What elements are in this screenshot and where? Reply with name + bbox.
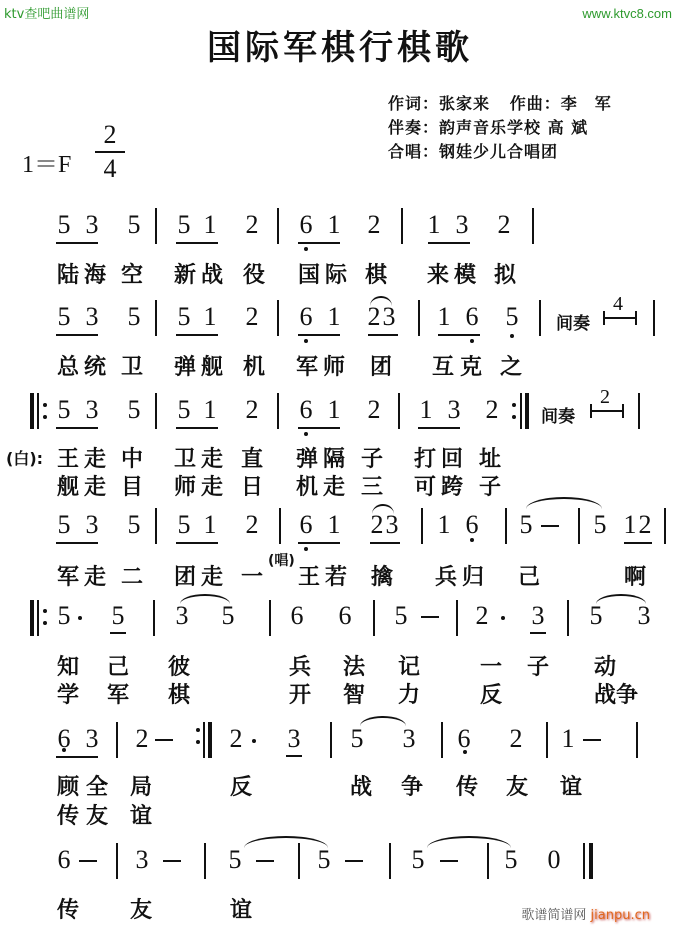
eighth-underline bbox=[176, 542, 218, 544]
eighth-underline bbox=[56, 242, 98, 244]
note: 5 bbox=[176, 512, 192, 538]
note: 1 bbox=[326, 304, 342, 330]
extension-dash bbox=[79, 860, 97, 862]
barline bbox=[269, 600, 271, 636]
repeat-start-thin bbox=[37, 393, 39, 429]
note: 2 bbox=[244, 512, 260, 538]
lyric: 走 bbox=[84, 560, 106, 591]
lyric: 智 bbox=[343, 678, 365, 709]
lyric: 互 bbox=[432, 350, 454, 381]
lyric: 顾 bbox=[57, 770, 79, 801]
low-octave-dot bbox=[304, 432, 308, 436]
note: 1 bbox=[560, 726, 576, 752]
barline bbox=[204, 843, 206, 879]
note: 2 bbox=[228, 726, 244, 752]
eighth-underline bbox=[418, 427, 460, 429]
tie bbox=[427, 836, 511, 848]
lyric: 卫 bbox=[121, 350, 143, 381]
note: 2 bbox=[134, 726, 150, 752]
note: 3 bbox=[446, 397, 462, 423]
note: 3 bbox=[174, 603, 190, 629]
repeat-end-thick bbox=[208, 722, 212, 758]
time-signature-top: 2 bbox=[95, 120, 125, 150]
lyric: 空 bbox=[121, 258, 143, 289]
barline bbox=[330, 722, 332, 758]
note: 6 bbox=[298, 304, 314, 330]
note: 2 bbox=[508, 726, 524, 752]
lyric: 一 bbox=[480, 650, 502, 681]
eighth-underline bbox=[56, 334, 98, 336]
note: 5 bbox=[410, 847, 426, 873]
extension-dash bbox=[256, 860, 274, 862]
repeat-dot bbox=[43, 403, 47, 407]
lyric: 址 bbox=[479, 442, 501, 473]
repeat-start-thick bbox=[30, 393, 34, 429]
note: 1 bbox=[202, 512, 218, 538]
eighth-underline bbox=[298, 542, 340, 544]
lyric: 走 bbox=[84, 442, 106, 473]
lyric: 力 bbox=[398, 678, 420, 709]
barline bbox=[155, 508, 157, 544]
lyric: 谊 bbox=[130, 799, 152, 830]
lyric: 走 bbox=[323, 470, 345, 501]
note: 5 bbox=[227, 847, 243, 873]
note: 2 bbox=[244, 212, 260, 238]
lyric: 隔 bbox=[323, 442, 345, 473]
lyric: 团 bbox=[174, 560, 196, 591]
note: 2 bbox=[366, 397, 382, 423]
lyric: 战争 bbox=[594, 678, 638, 709]
chorus: 合唱：钢娃少儿合唱团 bbox=[388, 140, 612, 164]
lyric: 反 bbox=[480, 678, 502, 709]
note: 3 bbox=[384, 512, 400, 538]
lyric: 舰 bbox=[57, 470, 79, 501]
note: 5 bbox=[56, 212, 72, 238]
extension-dash bbox=[155, 739, 173, 741]
note: 3 bbox=[401, 726, 417, 752]
repeat-dot bbox=[43, 609, 47, 613]
note: 5 bbox=[56, 512, 72, 538]
repeat-start-thick bbox=[30, 600, 34, 636]
footer-watermark-site: jianpu.cn bbox=[591, 908, 650, 923]
note: 5 bbox=[126, 212, 142, 238]
lyric: 弹 bbox=[296, 442, 318, 473]
barline bbox=[441, 722, 443, 758]
lyric: 中 bbox=[121, 442, 143, 473]
note: 6 bbox=[289, 603, 305, 629]
note: 1 bbox=[202, 212, 218, 238]
sing-mark: (唱) bbox=[268, 550, 295, 570]
lyric: 一 bbox=[241, 560, 263, 591]
lyric: 归 bbox=[462, 560, 484, 591]
note: 3 bbox=[286, 726, 302, 752]
barline bbox=[567, 600, 569, 636]
note: 5 bbox=[503, 847, 519, 873]
lyric: 海 bbox=[84, 258, 106, 289]
lyric: 记 bbox=[398, 650, 420, 681]
lyric: 兵 bbox=[435, 560, 457, 591]
barline bbox=[505, 508, 507, 544]
lyric: 总 bbox=[57, 350, 79, 381]
augmentation-dot bbox=[252, 739, 256, 743]
lyric: 王 bbox=[298, 560, 320, 591]
repeat-dot bbox=[196, 728, 200, 732]
footer-watermark: 歌谱简谱网 jianpu.cn bbox=[521, 904, 650, 923]
extension-dash bbox=[440, 860, 458, 862]
speech-mark: (白): bbox=[6, 446, 43, 469]
note: 6 bbox=[464, 512, 480, 538]
note: 5 bbox=[176, 212, 192, 238]
note: 2 bbox=[496, 212, 512, 238]
note: 3 bbox=[134, 847, 150, 873]
composer: 作曲：李 军 bbox=[510, 94, 612, 113]
lyric: 战 bbox=[201, 258, 223, 289]
barline bbox=[277, 208, 279, 244]
lyric: 国 bbox=[298, 258, 320, 289]
eighth-underline bbox=[298, 242, 340, 244]
lyric: 谊 bbox=[230, 893, 252, 924]
note: 5 bbox=[56, 304, 72, 330]
repeat-dot bbox=[512, 415, 516, 419]
barline bbox=[401, 208, 403, 244]
barline bbox=[664, 508, 666, 544]
lyric: 二 bbox=[121, 560, 143, 591]
lyric: 学 bbox=[57, 678, 79, 709]
note: 1 bbox=[326, 397, 342, 423]
eighth-underline bbox=[110, 632, 126, 634]
lyric: 之 bbox=[500, 350, 522, 381]
lyric: 彼 bbox=[168, 650, 190, 681]
lyric: 军 bbox=[296, 350, 318, 381]
extension-dash bbox=[163, 860, 181, 862]
lyric: 来 bbox=[427, 258, 449, 289]
note: 3 bbox=[84, 512, 100, 538]
lyric: 走 bbox=[84, 470, 106, 501]
lyric: 开 bbox=[289, 678, 311, 709]
lyric: 局 bbox=[130, 770, 152, 801]
lyric: 传 bbox=[456, 770, 478, 801]
note: 6 bbox=[456, 726, 472, 752]
note: 3 bbox=[84, 726, 100, 752]
note: 6 bbox=[298, 397, 314, 423]
lyric: 走 bbox=[201, 442, 223, 473]
lyric: 棋 bbox=[365, 258, 387, 289]
lyric: 可 bbox=[414, 470, 436, 501]
accompaniment: 伴奏：韵声音乐学校 高 斌 bbox=[388, 116, 612, 140]
barline bbox=[418, 300, 420, 336]
lyric: 舰 bbox=[201, 350, 223, 381]
note: 1 bbox=[622, 512, 638, 538]
barline bbox=[116, 843, 118, 879]
lyric: 兵 bbox=[289, 650, 311, 681]
lyric: 卫 bbox=[174, 442, 196, 473]
barline bbox=[398, 393, 400, 429]
interlude-label: 间奏 bbox=[541, 402, 575, 427]
lyric: 战 bbox=[350, 770, 372, 801]
lyric: 传 bbox=[57, 893, 79, 924]
lyric: 机 bbox=[296, 470, 318, 501]
low-octave-dot bbox=[62, 748, 66, 752]
lyric: 己 bbox=[107, 650, 129, 681]
final-barline-thin bbox=[583, 843, 585, 879]
lyric: 友 bbox=[506, 770, 528, 801]
note: 1 bbox=[436, 304, 452, 330]
eighth-underline bbox=[530, 632, 546, 634]
note: 5 bbox=[176, 397, 192, 423]
note: 1 bbox=[202, 397, 218, 423]
note: 3 bbox=[381, 304, 397, 330]
lyric: 己 bbox=[518, 560, 540, 591]
lyric: 啊 bbox=[624, 560, 646, 591]
note: 0 bbox=[546, 847, 562, 873]
note: 3 bbox=[636, 603, 652, 629]
lyric: 军 bbox=[57, 560, 79, 591]
lyric: 友 bbox=[86, 799, 108, 830]
lyric: 全 bbox=[86, 770, 108, 801]
lyric: 统 bbox=[84, 350, 106, 381]
low-octave-dot bbox=[510, 334, 514, 338]
barline bbox=[279, 508, 281, 544]
note: 6 bbox=[298, 212, 314, 238]
lyric: 目 bbox=[121, 470, 143, 501]
note: 5 bbox=[588, 603, 604, 629]
note: 3 bbox=[84, 212, 100, 238]
barline bbox=[532, 208, 534, 244]
augmentation-dot bbox=[501, 616, 505, 620]
eighth-underline bbox=[56, 542, 98, 544]
note: 5 bbox=[176, 304, 192, 330]
note: 5 bbox=[220, 603, 236, 629]
note: 1 bbox=[326, 212, 342, 238]
note: 5 bbox=[592, 512, 608, 538]
barline bbox=[373, 600, 375, 636]
lyric: 日 bbox=[241, 470, 263, 501]
barline bbox=[389, 843, 391, 879]
lyric: 若 bbox=[325, 560, 347, 591]
lyric: 役 bbox=[243, 258, 265, 289]
extension-dash bbox=[345, 860, 363, 862]
note: 3 bbox=[84, 304, 100, 330]
lyric: 陆 bbox=[57, 258, 79, 289]
rest-count: 4 bbox=[613, 293, 623, 316]
barline bbox=[277, 300, 279, 336]
repeat-end-thin bbox=[203, 722, 205, 758]
repeat-dot bbox=[43, 415, 47, 419]
repeat-dot bbox=[196, 740, 200, 744]
tie bbox=[526, 497, 602, 509]
lyric: 棋 bbox=[168, 678, 190, 709]
note: 1 bbox=[326, 512, 342, 538]
extension-dash bbox=[541, 525, 559, 527]
note: 5 bbox=[126, 512, 142, 538]
note: 2 bbox=[474, 603, 490, 629]
note: 5 bbox=[349, 726, 365, 752]
low-octave-dot bbox=[304, 547, 308, 551]
eighth-underline bbox=[438, 334, 480, 336]
repeat-dot bbox=[512, 403, 516, 407]
barline bbox=[546, 722, 548, 758]
low-octave-dot bbox=[304, 339, 308, 343]
note: 5 bbox=[110, 603, 126, 629]
note: 6 bbox=[56, 847, 72, 873]
barline bbox=[277, 393, 279, 429]
lyric: 知 bbox=[57, 650, 79, 681]
note: 6 bbox=[298, 512, 314, 538]
note: 2 bbox=[484, 397, 500, 423]
lyric: 三 bbox=[361, 470, 383, 501]
note: 2 bbox=[369, 512, 385, 538]
eighth-underline bbox=[176, 334, 218, 336]
barline bbox=[578, 508, 580, 544]
eighth-underline bbox=[368, 334, 398, 336]
lyric: 传 bbox=[57, 799, 79, 830]
final-barline-thick bbox=[589, 843, 593, 879]
augmentation-dot bbox=[78, 616, 82, 620]
eighth-underline bbox=[176, 427, 218, 429]
lyric: 打 bbox=[414, 442, 436, 473]
barline bbox=[155, 393, 157, 429]
extension-dash bbox=[583, 739, 601, 741]
lyric: 弹 bbox=[174, 350, 196, 381]
repeat-dot bbox=[43, 621, 47, 625]
lyric: 直 bbox=[241, 442, 263, 473]
lyric: 子 bbox=[361, 442, 383, 473]
lyric: 跨 bbox=[441, 470, 463, 501]
barline bbox=[653, 300, 655, 336]
note: 1 bbox=[436, 512, 452, 538]
lyric: 擒 bbox=[371, 560, 393, 591]
note: 3 bbox=[530, 603, 546, 629]
repeat-end-thin bbox=[520, 393, 522, 429]
eighth-underline bbox=[56, 756, 98, 758]
low-octave-dot bbox=[470, 538, 474, 542]
note: 6 bbox=[464, 304, 480, 330]
interlude-label: 间奏 bbox=[556, 309, 590, 334]
lyric: 团 bbox=[370, 350, 392, 381]
lyric: 子 bbox=[527, 650, 549, 681]
lyricist: 作词：张家来 bbox=[388, 94, 490, 113]
note: 2 bbox=[366, 304, 382, 330]
lyric: 动 bbox=[594, 650, 616, 681]
time-signature-divider bbox=[95, 151, 125, 153]
lyric: 反 bbox=[230, 770, 252, 801]
lyric: 师 bbox=[323, 350, 345, 381]
lyric: 友 bbox=[130, 893, 152, 924]
time-signature: 2 4 bbox=[95, 120, 125, 184]
note: 5 bbox=[393, 603, 409, 629]
lyric: 争 bbox=[401, 770, 423, 801]
extension-dash bbox=[421, 616, 439, 618]
credits: 作词：张家来 作曲：李 军 伴奏：韵声音乐学校 高 斌 合唱：钢娃少儿合唱团 bbox=[388, 92, 612, 164]
note: 2 bbox=[244, 304, 260, 330]
song-title: 国际军棋行棋歌 bbox=[0, 20, 680, 69]
note: 2 bbox=[366, 212, 382, 238]
lyric: 走 bbox=[201, 470, 223, 501]
note: 2 bbox=[244, 397, 260, 423]
lyric: 际 bbox=[325, 258, 347, 289]
barline bbox=[421, 508, 423, 544]
note: 5 bbox=[316, 847, 332, 873]
lyric: 新 bbox=[174, 258, 196, 289]
lyric: 克 bbox=[460, 350, 482, 381]
eighth-underline bbox=[370, 542, 400, 544]
lyric: 走 bbox=[201, 560, 223, 591]
lyric: 模 bbox=[454, 258, 476, 289]
barline bbox=[539, 300, 541, 336]
note: 1 bbox=[418, 397, 434, 423]
note: 6 bbox=[337, 603, 353, 629]
repeat-end-thick bbox=[525, 393, 529, 429]
lyric: 王 bbox=[57, 442, 79, 473]
note: 5 bbox=[56, 397, 72, 423]
low-octave-dot bbox=[470, 339, 474, 343]
note: 5 bbox=[518, 512, 534, 538]
lyric: 子 bbox=[479, 470, 501, 501]
time-signature-bottom: 4 bbox=[95, 154, 125, 184]
note: 2 bbox=[637, 512, 653, 538]
barline bbox=[487, 843, 489, 879]
barline bbox=[638, 393, 640, 429]
lyric: 师 bbox=[174, 470, 196, 501]
eighth-underline bbox=[176, 242, 218, 244]
note: 5 bbox=[504, 304, 520, 330]
watermark-right: www.ktvc8.com bbox=[582, 6, 672, 21]
lyric: 法 bbox=[343, 650, 365, 681]
eighth-underline bbox=[428, 242, 470, 244]
key-signature: 1＝F bbox=[22, 144, 71, 179]
low-octave-dot bbox=[304, 247, 308, 251]
eighth-underline bbox=[286, 755, 302, 757]
lyric: 拟 bbox=[494, 258, 516, 289]
barline bbox=[155, 300, 157, 336]
repeat-start-thin bbox=[37, 600, 39, 636]
low-octave-dot bbox=[463, 750, 467, 754]
lyric: 谊 bbox=[560, 770, 582, 801]
eighth-underline bbox=[56, 427, 98, 429]
tie bbox=[360, 716, 406, 726]
note: 3 bbox=[84, 397, 100, 423]
barline bbox=[153, 600, 155, 636]
barline bbox=[116, 722, 118, 758]
eighth-underline bbox=[298, 334, 340, 336]
note: 5 bbox=[126, 397, 142, 423]
note: 5 bbox=[56, 603, 72, 629]
note: 5 bbox=[126, 304, 142, 330]
note: 1 bbox=[426, 212, 442, 238]
barline bbox=[298, 843, 300, 879]
barline bbox=[155, 208, 157, 244]
eighth-underline bbox=[624, 542, 652, 544]
barline bbox=[456, 600, 458, 636]
barline bbox=[636, 722, 638, 758]
note: 1 bbox=[202, 304, 218, 330]
footer-watermark-cn: 歌谱简谱网 bbox=[521, 908, 586, 923]
lyric: 回 bbox=[441, 442, 463, 473]
note: 3 bbox=[454, 212, 470, 238]
eighth-underline bbox=[298, 427, 340, 429]
lyric: 机 bbox=[243, 350, 265, 381]
lyric: 军 bbox=[107, 678, 129, 709]
rest-count: 2 bbox=[600, 386, 610, 409]
